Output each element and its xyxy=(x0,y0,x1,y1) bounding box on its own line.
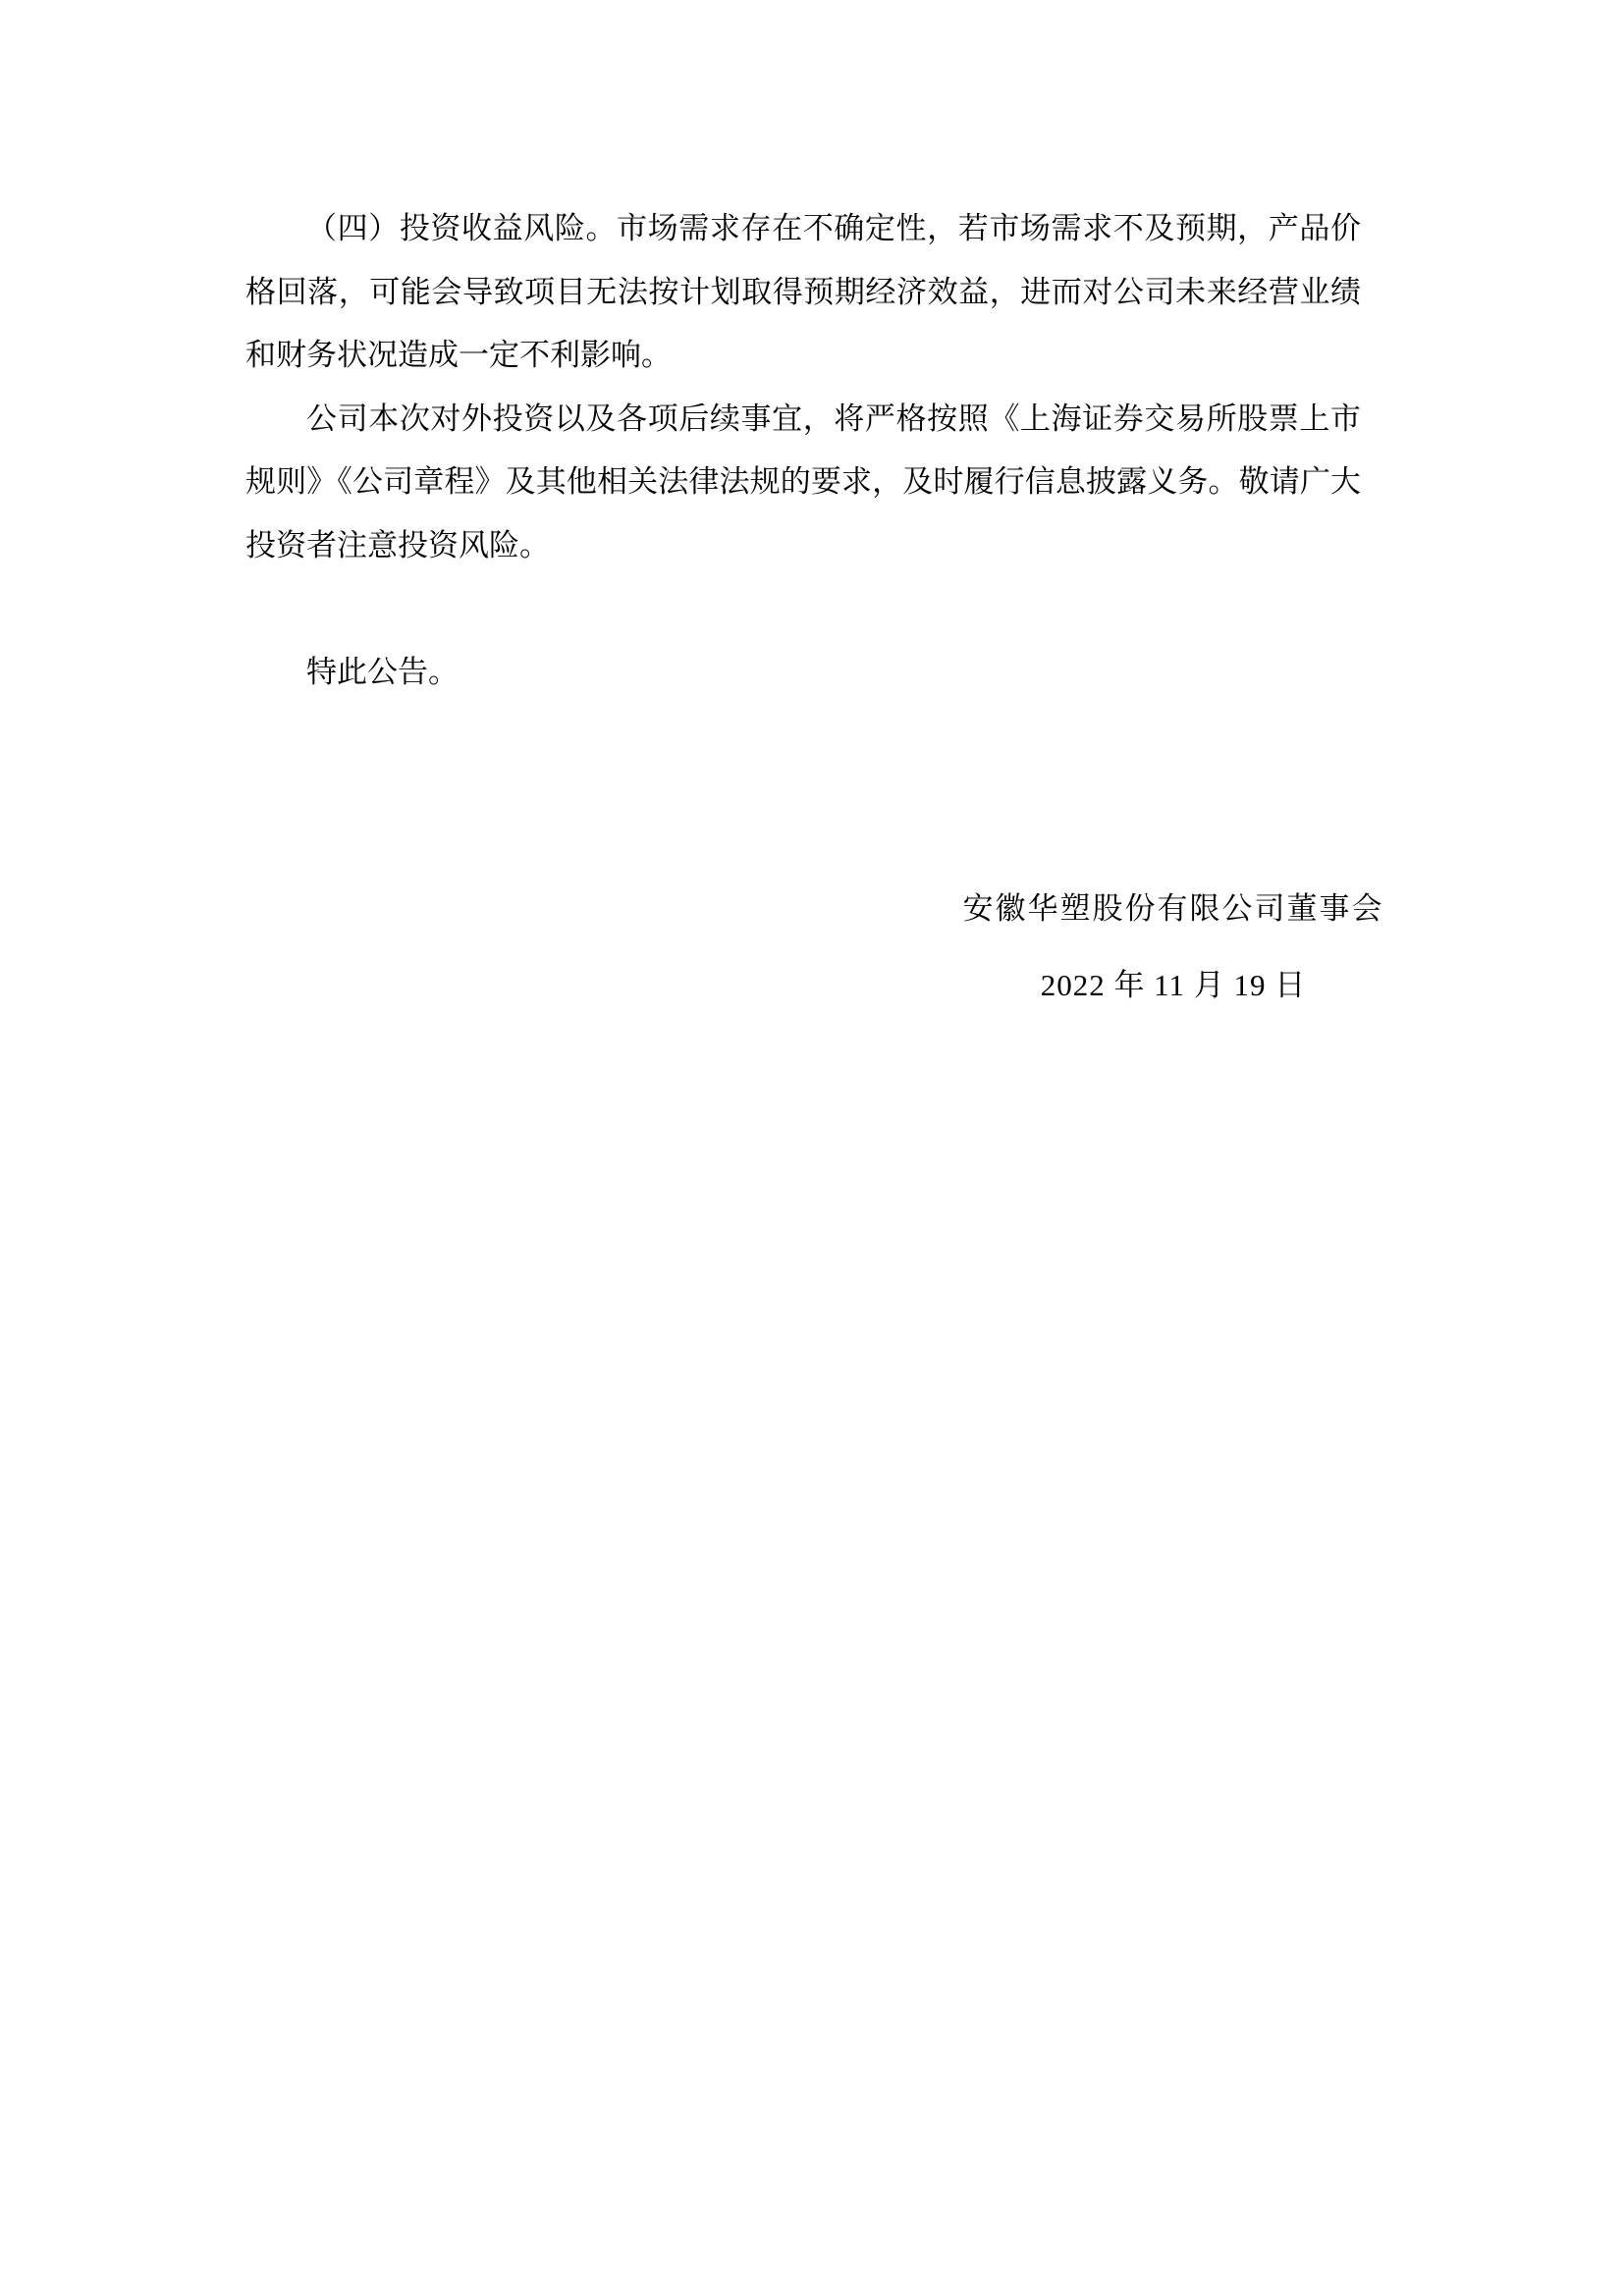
signature-date: 2022 年 11 月 19 日 xyxy=(943,954,1404,1018)
signature-block: 安徽华塑股份有限公司董事会 2022 年 11 月 19 日 xyxy=(943,878,1404,1017)
paragraph-announcement-closing: 特此公告。 xyxy=(245,641,1361,705)
paragraph-compliance-disclosure: 公司本次对外投资以及各项后续事宜，将严格按照《上海证券交易所股票上市规则》《公司… xyxy=(245,388,1361,578)
document-page: （四）投资收益风险。市场需求存在不确定性，若市场需求不及预期，产品价格回落，可能… xyxy=(0,0,1624,2296)
document-body: （四）投资收益风险。市场需求存在不确定性，若市场需求不及预期，产品价格回落，可能… xyxy=(245,197,1361,704)
signature-company-name: 安徽华塑股份有限公司董事会 xyxy=(943,878,1404,941)
paragraph-investment-risk: （四）投资收益风险。市场需求存在不确定性，若市场需求不及预期，产品价格回落，可能… xyxy=(245,197,1361,388)
